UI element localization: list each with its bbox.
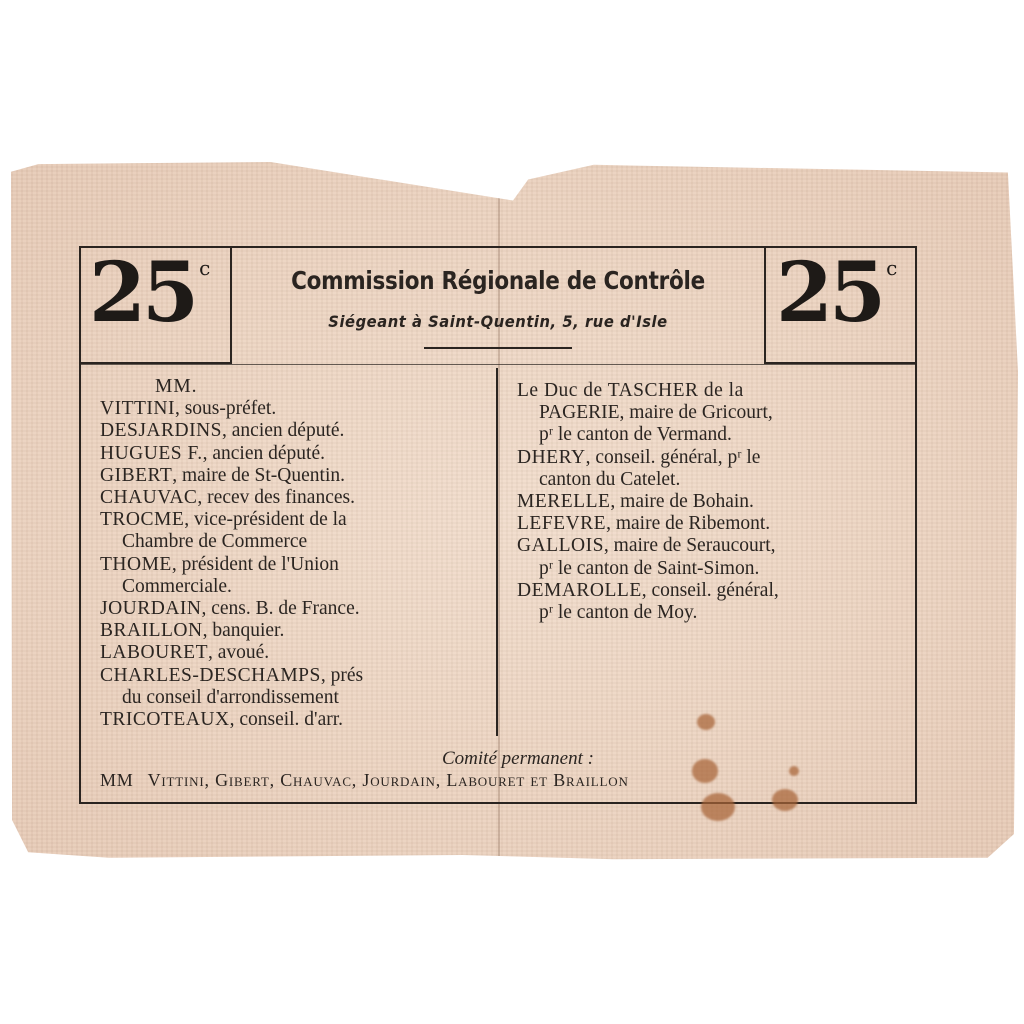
- members-list-left: MM. VITTINI, sous-préfet. DESJARDINS, an…: [100, 376, 480, 731]
- header-divider: [79, 364, 917, 365]
- ink-stain: [697, 714, 715, 730]
- denomination-box-left: 25c: [79, 246, 232, 364]
- list-item: CHARLES-DESCHAMPS, présdu conseil d'arro…: [100, 665, 480, 709]
- list-item: DESJARDINS, ancien député.: [100, 420, 480, 442]
- list-item: CHAUVAC, recev des finances.: [100, 487, 480, 509]
- committee-prefix: MM: [100, 770, 134, 790]
- ink-stain: [701, 793, 735, 821]
- denomination-box-right: 25c: [764, 246, 917, 364]
- document-subtitle: Siégeant à Saint-Quentin, 5, rue d'Isle: [253, 312, 742, 331]
- list-item: BRAILLON, banquier.: [100, 620, 480, 642]
- document-title: Commission Régionale de Contrôle: [269, 266, 727, 295]
- ink-stain: [772, 789, 798, 811]
- list-item: TRICOTEAUX, conseil. d'arr.: [100, 709, 480, 731]
- list-item: MERELLE, maire de Bohain.: [517, 491, 902, 513]
- list-item: VITTINI, sous-préfet.: [100, 398, 480, 420]
- denomination-right: 25c: [776, 252, 893, 334]
- column-divider: [496, 368, 498, 736]
- committee-names: Vittini, Gibert, Chauvac, Jourdain, Labo…: [148, 770, 629, 790]
- list-item: GIBERT, maire de St-Quentin.: [100, 465, 480, 487]
- members-list-right: Le Duc de TASCHER de laPAGERIE, maire de…: [517, 380, 902, 624]
- title-underline: [424, 347, 572, 349]
- list-item: DEMAROLLE, conseil. général,pʳ le canton…: [517, 580, 902, 624]
- list-item: JOURDAIN, cens. B. de France.: [100, 598, 480, 620]
- ink-stain: [789, 766, 799, 776]
- list-item: DHERY, conseil. général, pʳ lecanton du …: [517, 447, 902, 491]
- list-item: TROCME, vice-président de laChambre de C…: [100, 509, 480, 553]
- denomination-left: 25c: [89, 252, 206, 334]
- list-heading: MM.: [100, 376, 480, 398]
- list-item: Le Duc de TASCHER de laPAGERIE, maire de…: [517, 380, 902, 447]
- list-item: GALLOIS, maire de Seraucourt,pʳ le canto…: [517, 535, 902, 579]
- list-item: THOME, président de l'UnionCommerciale.: [100, 554, 480, 598]
- ink-stain: [692, 759, 718, 783]
- list-item: HUGUES F., ancien député.: [100, 443, 480, 465]
- list-item: LEFEVRE, maire de Ribemont.: [517, 513, 902, 535]
- list-item: LABOURET, avoué.: [100, 642, 480, 664]
- committee-members: MMVittini, Gibert, Chauvac, Jourdain, La…: [100, 770, 900, 791]
